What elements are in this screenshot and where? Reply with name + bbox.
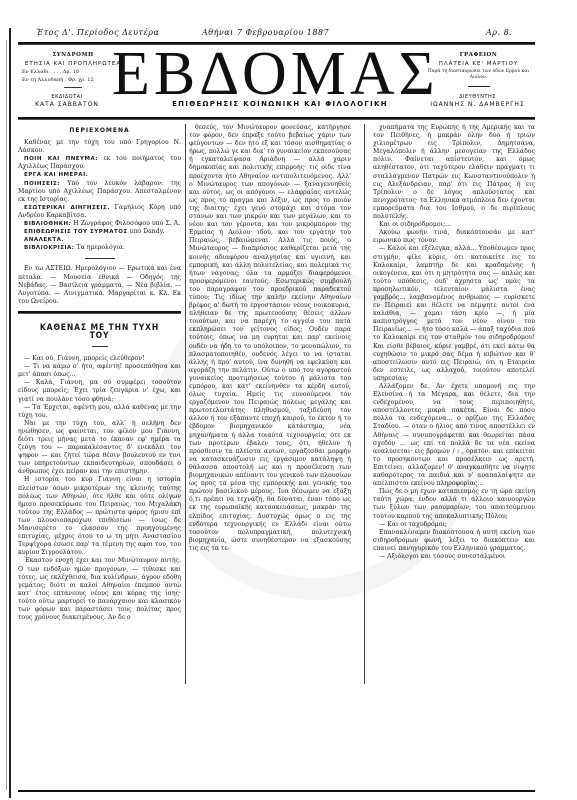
contents-item: ΕΠΙΘΕΩΡΗΣΙΣ ΤΟΥ ΣΥΡΜΑΤΟΣ υπό Dandy.: [18, 228, 181, 236]
contents-item: ΑΝΑΛΕΚΤΑ.: [18, 236, 181, 244]
story-paragraph: Αλλάζομεν δε. Αν έχετε υπομονή εις την Ε…: [373, 383, 535, 488]
publication-schedule: ΕΚΔΙΔΟΤΑΙ ΚΑΤΑ ΣΑΒΒΑΤΟΝ: [22, 94, 112, 108]
contents-item: Καθένας με την τύχη του υπό Γρηγορίου Ν.…: [18, 139, 181, 155]
contents-item: ΒΙΒΛΙΟΚΡΙΣΙΑ: Τα ημερολόγια.: [18, 244, 181, 252]
story-paragraph: — Και οι ταχυδρόμοι;: [373, 521, 535, 529]
director-heading: ΔΙΕΥΘΥΝΤΗΣ: [420, 94, 535, 100]
column-1: ΠΕΡΙΕΧΟΜΕΝΑ Καθένας με την τύχη του υπό …: [18, 124, 181, 622]
publication-heading: ΕΚΔΙΔΟΤΑΙ: [22, 94, 112, 100]
office-heading: ΓΡΑΦΕΙΟΝ: [422, 52, 535, 58]
story-title-dash: [92, 346, 108, 347]
story-paragraph: — Και σύ, Γιάννη, μπορείς ελεύθερον!: [18, 355, 181, 363]
story-paragraph: Επανακλέσαμεν διακόπτουσα ή αυτή εκείνη …: [373, 529, 535, 553]
office-note: Παρά τη διασταυρώσει των οδών Ερμού και …: [422, 69, 535, 81]
column-separator: [185, 124, 186, 684]
column-2: θεσεύς, τον Μινώταυρον φονεύσας, κατήργη…: [189, 124, 351, 553]
contents-item: ΕΣΩΤΕΡΙΚΑΙ ΔΙΗΓΗΣΕΙΣ. Γαμήλιος Κόρη υπό …: [18, 204, 181, 220]
ear-divider: [64, 87, 82, 88]
year-period: Έτος Δ'. Περίοδος Δευτέρα: [36, 28, 159, 37]
director-name: ΙΩΑΝΝΗΣ Ν. ΔΑΜΒΕΡΓΗΣ: [420, 101, 535, 108]
bottom-rule: [18, 790, 535, 792]
story-paragraph: Ακούω φωνήν τινά, διακόπτουσάν με κατ' ε…: [373, 229, 535, 245]
issue-number: Αρ. 8.: [486, 28, 512, 37]
story-paragraph: Και οι σιδηρόδρομοι;...: [373, 221, 535, 229]
story-title: ΚΑΘΕΝΑΣ ΜΕ ΤΗΝ ΤΥΧΗ ΤΟΥ: [30, 324, 169, 340]
story-paragraph: — Αξιόλογοι και τόσους συνεσταλμένοι: [373, 553, 535, 561]
director-box: ΔΙΕΥΘΥΝΤΗΣ ΙΩΑΝΝΗΣ Ν. ΔΑΜΒΕΡΓΗΣ: [420, 94, 535, 108]
contents-divider: [85, 258, 115, 259]
masthead-bottom-rule: [18, 117, 535, 120]
story-paragraph: — Καλά, Γιάννη, μα σύ συμφέρει τοσούτον …: [18, 379, 181, 403]
contents-item: ΒΙΒΛΙΟΘΗΚΗ: Η Ζωγράφος Φιλοσόφου υπό Σ. …: [18, 220, 181, 228]
story-paragraph: Ναι με την τύχη του, αλλ' ή σελήνη δεν η…: [18, 420, 181, 477]
column-separator: [364, 124, 365, 684]
story-paragraph: χναπήματα της Ευρώπης ή της Αμερικής και…: [373, 124, 535, 221]
story-paragraph: Έκαστον ενοχή έχει και τον Μινώταυρον αυ…: [18, 557, 181, 622]
story-paragraph: Η ιστορία του κυρ Γιάννη είναι η ιστορία…: [18, 476, 181, 557]
ear-divider: [468, 86, 490, 87]
contents-item: ΠΟΙΗΣΕΙΣ: Υπό τον λευκόν λάβαρον: της Μα…: [18, 180, 181, 204]
section-rule: [18, 311, 181, 314]
binding-edge-rule-secondary: [6, 40, 7, 790]
story-paragraph: — Τι να κάμω σ' ήτο, αφέντη! προσεπάθησα…: [18, 363, 181, 379]
issue-date: Αθήναι 7 Φεβρουαρίου 1887: [202, 28, 329, 37]
binding-edge-rule: [9, 28, 11, 798]
story-paragraph: — Καλοί και εξέλεγκα, αλλά... Υποθέσωμεν…: [373, 245, 535, 383]
newspaper-page: Έτος Δ'. Περίοδος Δευτέρα Αθήναι 7 Φεβρο…: [0, 0, 577, 800]
masthead-title: ΕΒΔΟΜΑΣ: [112, 44, 430, 104]
contents-item: ΕΡΓΑ ΚΑΙ ΗΜΕΡΑΙ.: [18, 171, 181, 179]
story-paragraph: θεσεύς, τον Μινώταυρον φονεύσας, κατήργη…: [189, 124, 351, 553]
dateline: Έτος Δ'. Περίοδος Δευτέρα Αθήναι 7 Φεβρο…: [20, 26, 535, 40]
contents-title: ΠΕΡΙΕΧΟΜΕΝΑ: [18, 127, 181, 135]
story-paragraph: — Τα Έρχεται, αφέντη μου, αλλά καθένας μ…: [18, 404, 181, 420]
office-box: ΓΡΑΦΕΙΟΝ ΠΛΑΤΕΙΑ ΚΕ' ΜΑΡΤΙΟΥ Παρά τη δια…: [422, 52, 535, 87]
column-3: χναπήματα της Ευρώπης ή της Αμερικής και…: [373, 124, 535, 561]
contents-supplement: Εν τω ΑΣΤΕΙΩ. Ημερολόγιον — Ερωτικά και …: [18, 265, 181, 305]
story-paragraph: Πώς δε ο μη έχων καταπιεσμός εν τη ώρα ε…: [373, 488, 535, 520]
masthead-subtitle: ΕΠΙΘΕΩΡΗΣΙΣ ΚΟΙΝΩΝΙΚΗ ΚΑΙ ΦΙΛΟΛΟΓΙΚΗ: [150, 100, 410, 108]
office-address: ΠΛΑΤΕΙΑ ΚΕ' ΜΑΡΤΙΟΥ: [422, 61, 535, 67]
publication-schedule-text: ΚΑΤΑ ΣΑΒΒΑΤΟΝ: [22, 101, 112, 108]
contents-item: ΠΟΙΗ ΚΑΙ ΠΝΕΥΜΑ: εκ του ποιήματος του Αχ…: [18, 155, 181, 171]
